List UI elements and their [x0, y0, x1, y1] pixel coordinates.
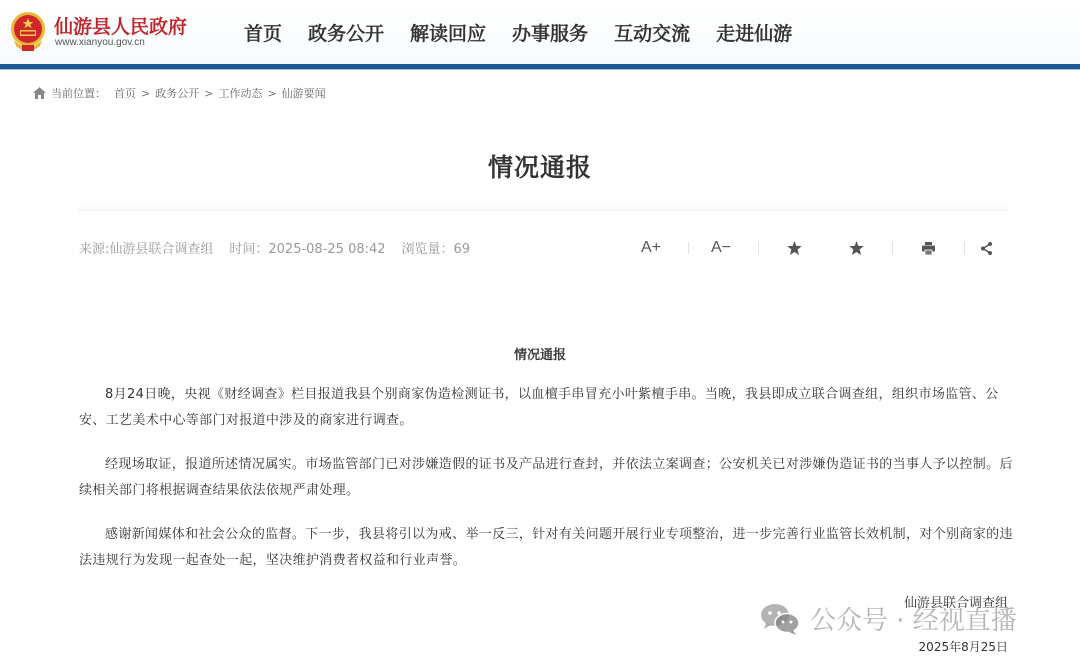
collect-button[interactable] [846, 236, 866, 260]
home-icon [33, 87, 46, 99]
article-toolbar: A+ A− [620, 236, 1020, 260]
article-views: 浏览量：69 [402, 238, 471, 257]
breadcrumb-home[interactable]: 首页 [114, 85, 136, 101]
toolbar-divider [964, 242, 965, 254]
star-icon [849, 241, 864, 255]
breadcrumb-xianyou-news[interactable]: 仙游要闻 [282, 85, 326, 101]
article-paragraph: 8月24日晚，央视《财经调查》栏目报道我县个别商家伪造检测证书，以血檀手串冒充小… [79, 382, 1014, 434]
site-url: www.xianyou.gov.cn [55, 37, 145, 48]
toolbar-divider [758, 242, 759, 254]
content-heading: 情况通报 [0, 344, 1080, 363]
page-title: 情况通报 [0, 148, 1080, 184]
star-icon [787, 241, 802, 255]
article-paragraph: 经现场取证，报道所述情况属实。市场监管部门已对涉嫌造假的证书及产品进行查封，并依… [79, 452, 1014, 504]
breadcrumb-separator: > [141, 87, 150, 100]
main-nav: 首页 政务公开 解读回应 办事服务 互动交流 走进仙游 [230, 18, 818, 46]
breadcrumb-separator: > [267, 87, 276, 100]
nav-about-xianyou[interactable]: 走进仙游 [716, 19, 792, 46]
nav-interpretation[interactable]: 解读回应 [410, 19, 486, 46]
share-button[interactable] [976, 236, 996, 260]
nav-government-affairs[interactable]: 政务公开 [308, 19, 384, 46]
site-name[interactable]: 仙游县人民政府 [54, 12, 187, 39]
article-paragraph: 感谢新闻媒体和社会公众的监督。下一步，我县将引以为戒、举一反三，针对有关问题开展… [79, 522, 1014, 574]
font-increase-button[interactable]: A+ [638, 236, 664, 260]
breadcrumb-government-affairs[interactable]: 政务公开 [155, 85, 199, 101]
wechat-icon [760, 602, 800, 636]
article-meta: 来源:仙游县联合调查组 时间：2025-08-25 08:42 浏览量：69 [79, 238, 486, 257]
article-time: 时间：2025-08-25 08:42 [229, 238, 385, 257]
toolbar-divider [892, 242, 893, 254]
breadcrumb-label: 当前位置： [51, 85, 106, 101]
national-emblem-icon[interactable] [8, 10, 48, 54]
header-divider-bar [0, 64, 1080, 70]
site-header: 仙游县人民政府 www.xianyou.gov.cn 首页 政务公开 解读回应 … [0, 0, 1080, 64]
title-divider [78, 205, 1008, 211]
toolbar-divider [688, 242, 689, 254]
print-button[interactable] [918, 236, 938, 260]
nav-home[interactable]: 首页 [244, 19, 282, 46]
breadcrumb-work-news[interactable]: 工作动态 [218, 85, 262, 101]
article-source: 来源:仙游县联合调查组 [79, 238, 213, 257]
favorite-button[interactable] [784, 236, 804, 260]
font-decrease-button[interactable]: A− [708, 236, 734, 260]
article-signature: 仙游县联合调查组 [904, 592, 1008, 611]
breadcrumb-separator: > [204, 87, 213, 100]
nav-interaction[interactable]: 互动交流 [614, 19, 690, 46]
nav-services[interactable]: 办事服务 [512, 19, 588, 46]
share-icon [980, 242, 993, 255]
article-sign-date: 2025年8月25日 [919, 638, 1008, 655]
print-icon [922, 242, 935, 255]
breadcrumb: 当前位置： 首页 > 政务公开 > 工作动态 > 仙游要闻 [33, 85, 326, 101]
